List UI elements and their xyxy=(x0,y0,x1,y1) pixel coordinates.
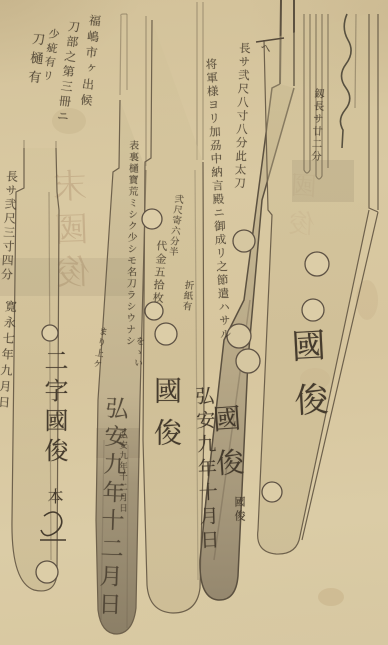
mekugi-ana-hole xyxy=(262,482,282,502)
mekugi-ana-hole xyxy=(233,230,255,252)
smudge xyxy=(0,258,132,296)
inscription-tang-d-mei-small: 國俊 xyxy=(234,496,245,524)
inscription-tang-a-attribution: 二字國俊 xyxy=(42,348,66,468)
mekugi-ana-hole xyxy=(42,325,58,341)
mekugi-ana-hole xyxy=(155,323,177,345)
inscription-tang-d-mei: 國俊 xyxy=(210,403,244,493)
mekugi-ana-hole xyxy=(305,252,329,276)
note-origami: 折紙有 xyxy=(180,280,193,312)
mekugi-ana-hole xyxy=(36,561,58,583)
inscription-tang-a-kao-label: 本 xyxy=(46,488,62,504)
mekugi-ana-hole xyxy=(236,349,260,373)
smudge xyxy=(292,160,354,202)
inscription-tang-e-mei: 國俊 xyxy=(287,327,327,437)
note-suriage-2: をゝい xyxy=(132,336,144,370)
inscription-tang-c-mei: 國俊 xyxy=(152,376,180,460)
manuscript-page: 末國俊 國俊 xyxy=(0,0,388,645)
mekugi-ana-hole xyxy=(142,209,162,229)
inscription-tang-b-date-small: 弘安九年十二月日 xyxy=(118,430,127,514)
mekugi-ana-hole xyxy=(302,299,324,321)
